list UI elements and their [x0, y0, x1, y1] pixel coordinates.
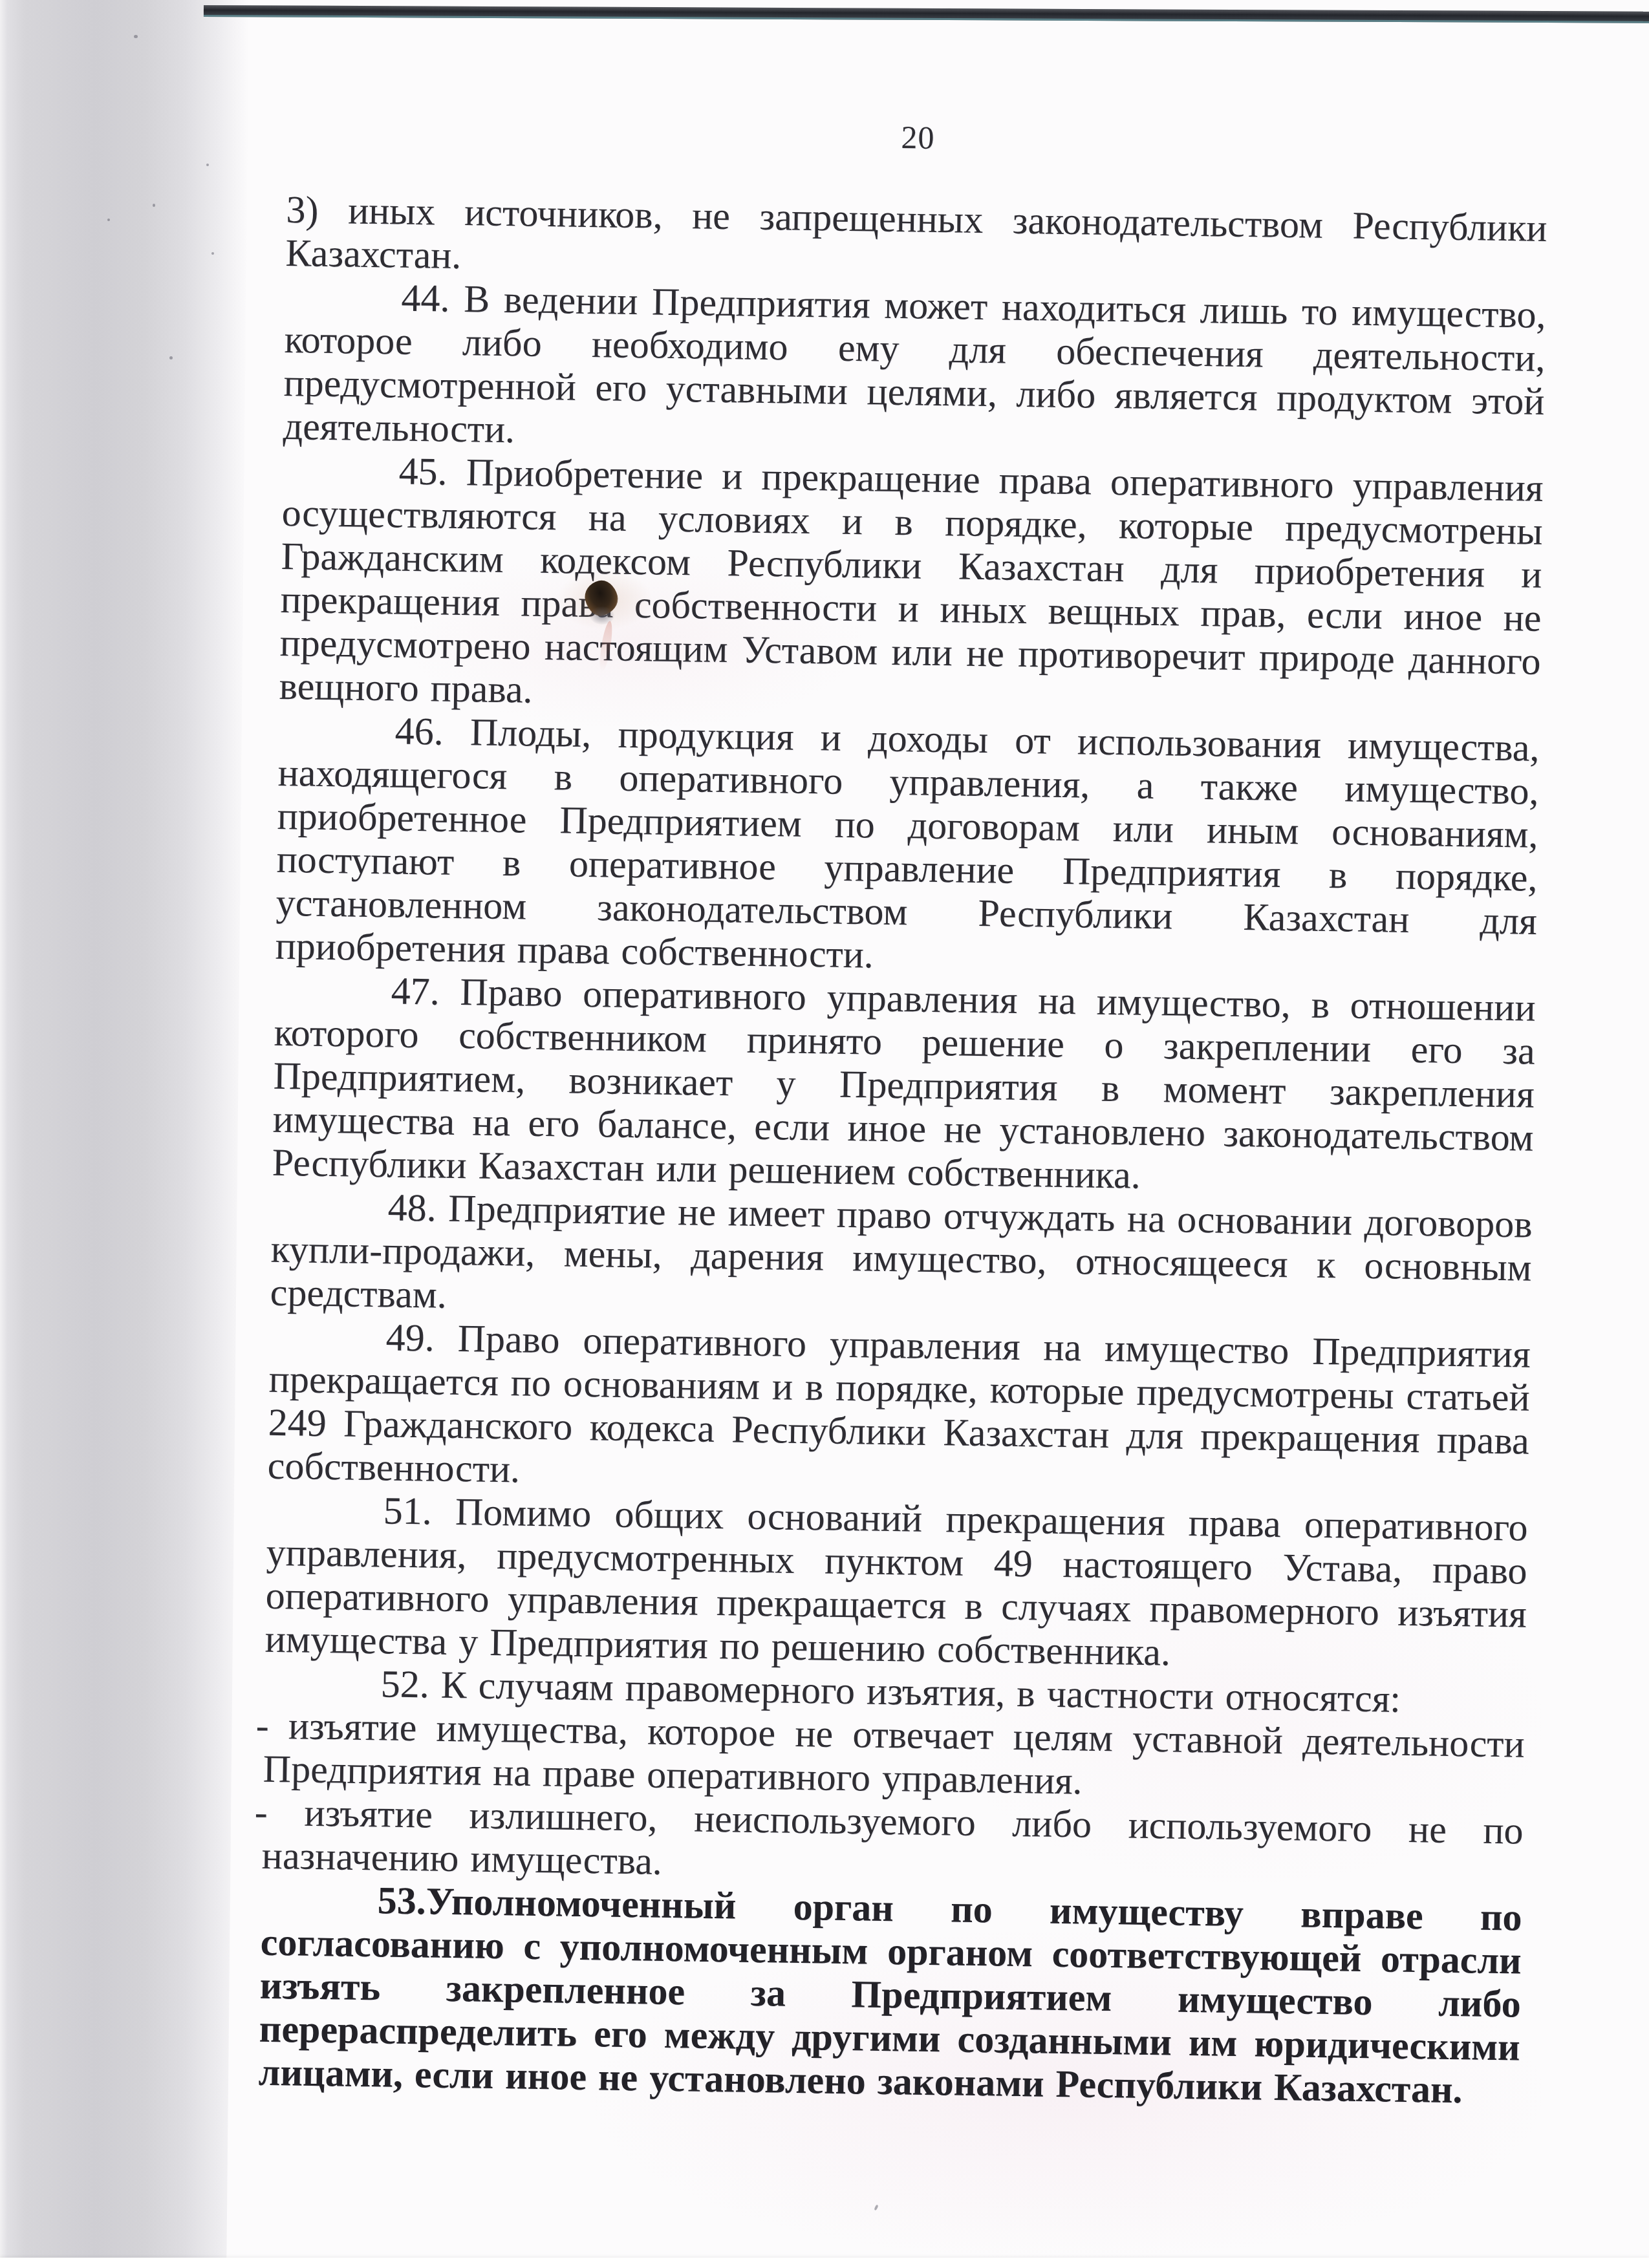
page-number: 20 — [287, 107, 1549, 167]
paragraph-44: 44. В ведении Предприятия может находить… — [283, 275, 1546, 467]
dust-speck-artifact — [153, 204, 155, 207]
scan-top-edge-bar — [204, 5, 1649, 23]
dust-speck-artifact — [874, 2205, 878, 2211]
dust-speck-artifact — [169, 356, 173, 359]
dust-speck-artifact — [134, 35, 138, 38]
dust-speck-artifact — [206, 164, 209, 166]
dust-speck-artifact — [107, 219, 110, 221]
paragraph-53: 53.Уполномоченный орган по имуществу впр… — [258, 1878, 1522, 2113]
page-content: 20 3) иных источников, не запрещенных за… — [258, 107, 1548, 2113]
scan-left-edge-shadow — [0, 0, 249, 2258]
paragraph-48: 48. Предприятие не имеет право отчуждать… — [270, 1184, 1533, 1333]
paragraph-49: 49. Право оперативного управления на иму… — [267, 1314, 1531, 1506]
paragraph-46: 46. Плоды, продукция и доходы от использ… — [275, 708, 1540, 987]
scanned-document-page: 20 3) иных источников, не запрещенных за… — [0, 0, 1649, 2268]
paragraph-51: 51. Помимо общих оснований прекращения п… — [264, 1488, 1528, 1680]
paragraph-45: 45. Приобретение и прекращение права опе… — [279, 448, 1544, 727]
paragraph-47: 47. Право оперативного управления на иму… — [272, 968, 1536, 1203]
dust-speck-artifact — [211, 252, 214, 255]
scan-bottom-edge — [0, 2258, 1649, 2268]
